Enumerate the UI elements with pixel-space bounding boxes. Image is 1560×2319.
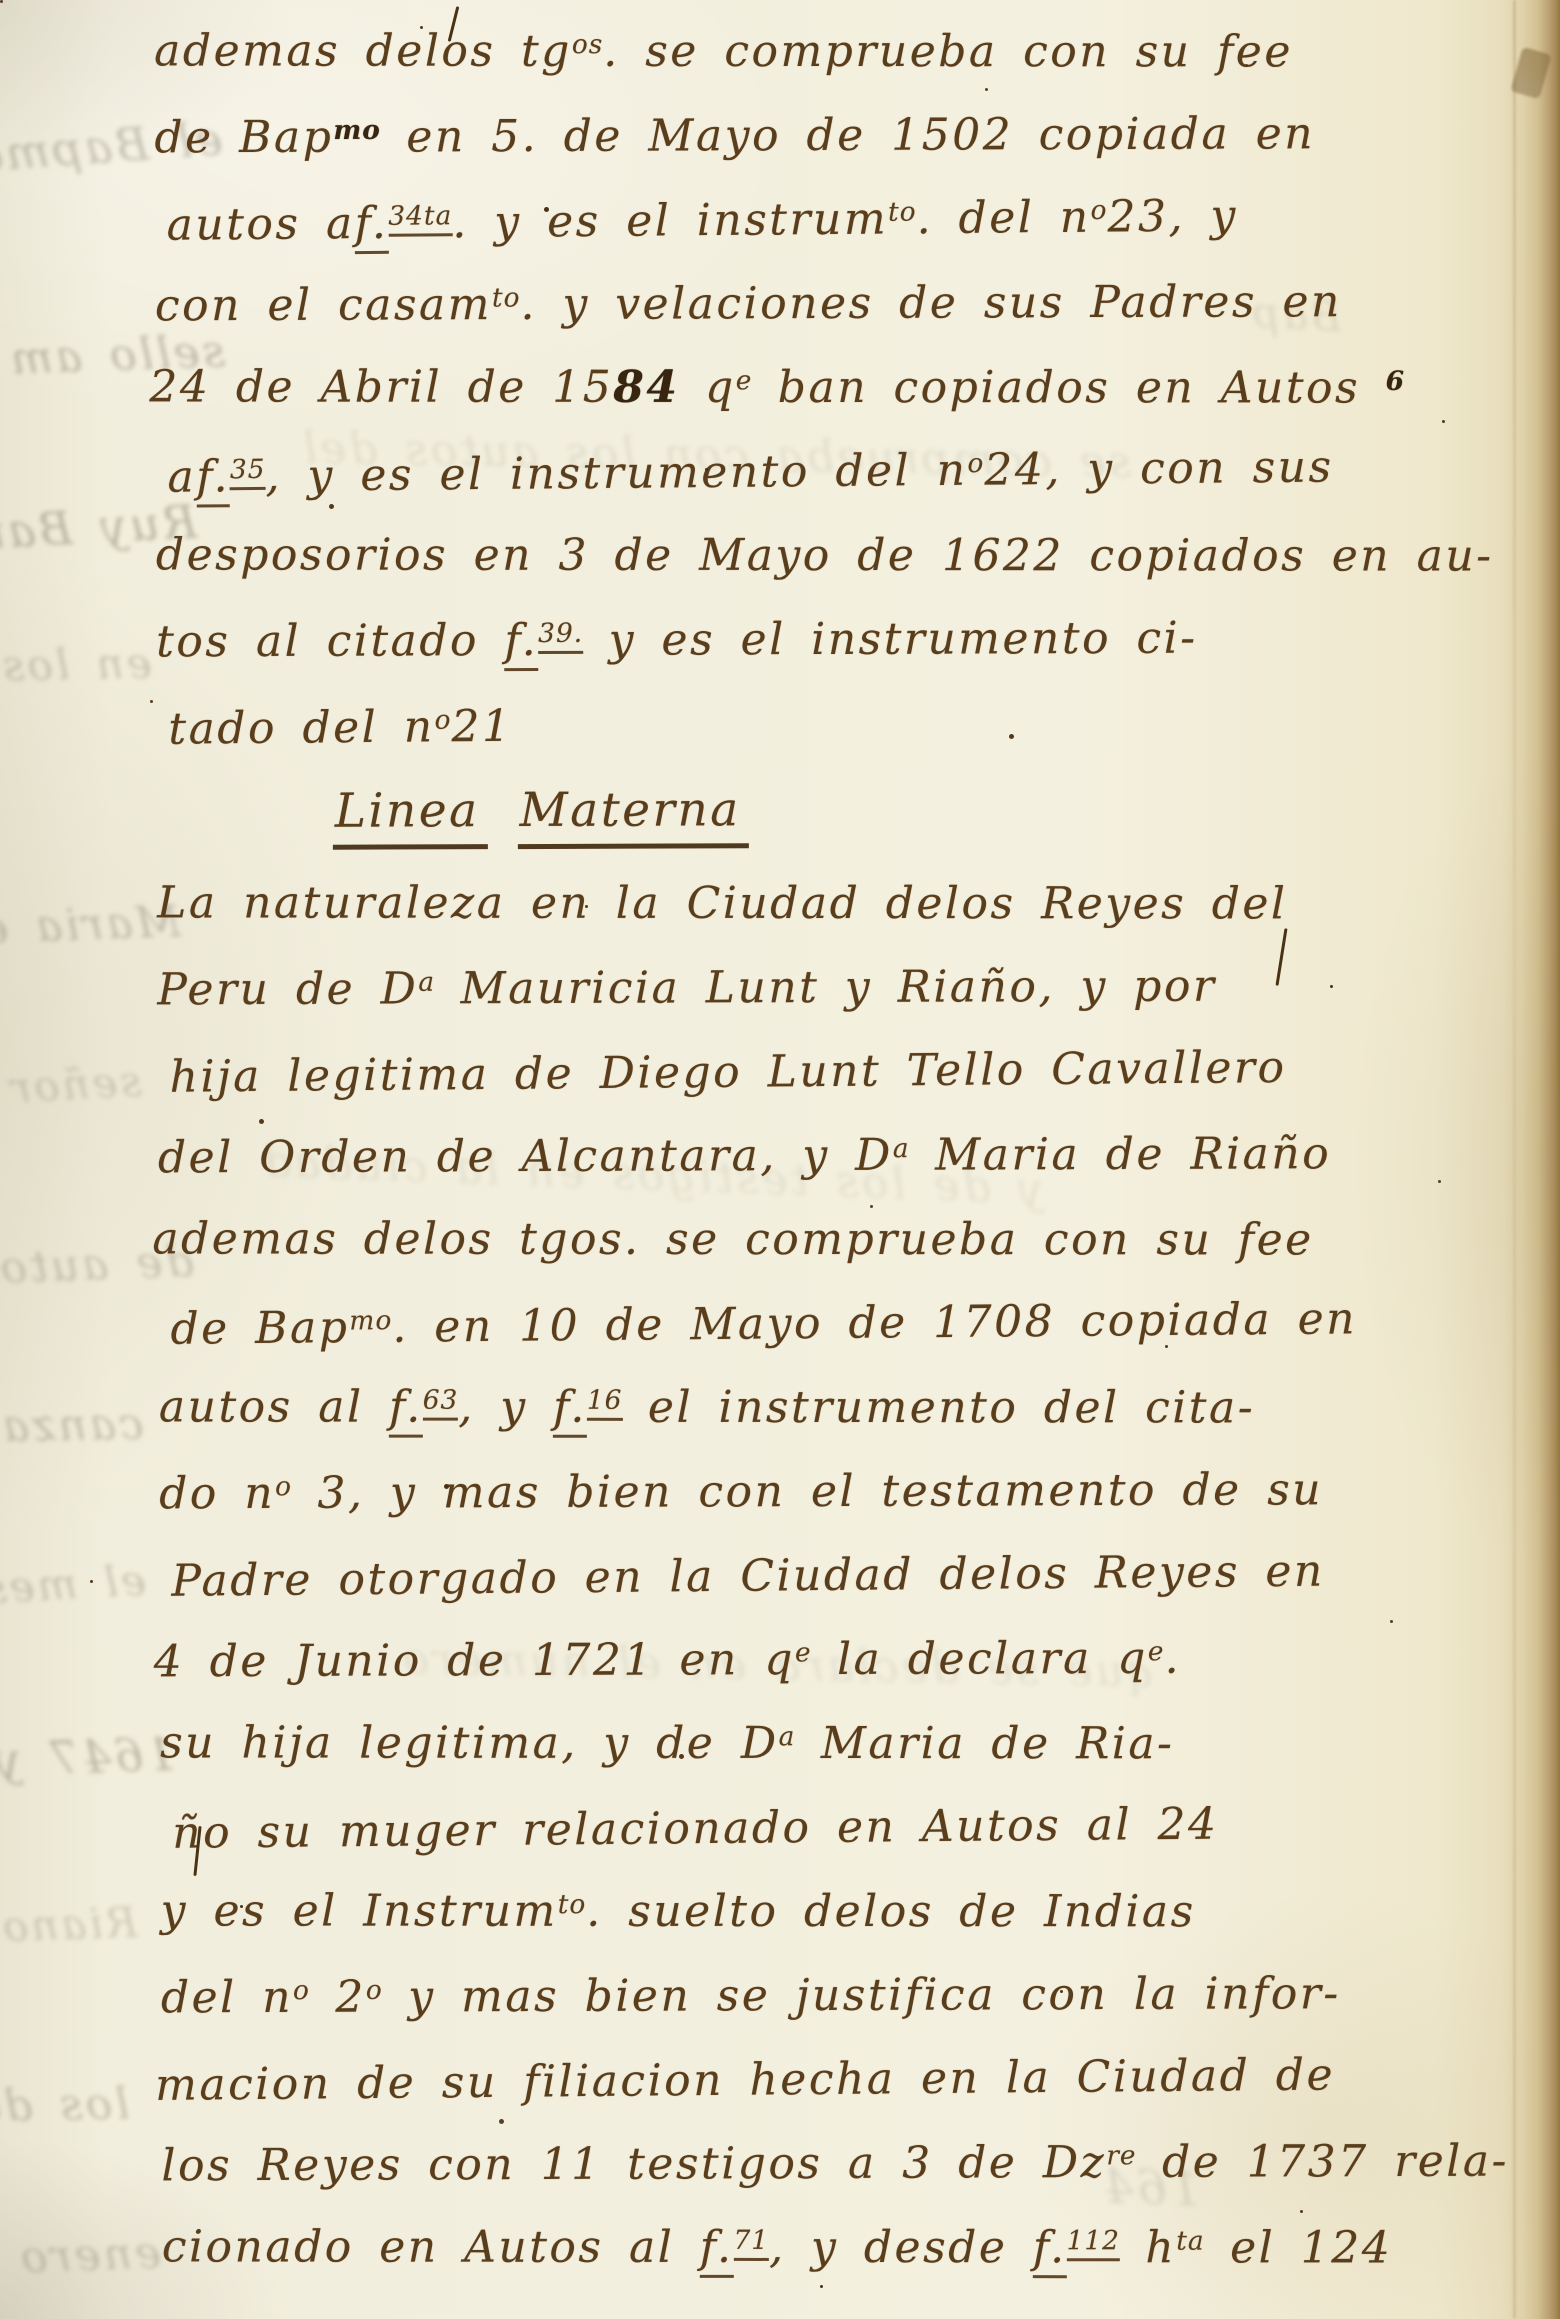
handwritten-text: con el casam	[155, 279, 492, 331]
handwritten-text: Padre otorgado en la Ciudad delos Reyes …	[171, 1546, 1325, 1607]
ghost-bleedthrough-text: señor	[7, 1057, 143, 1113]
ghost-bleedthrough-text: 1647 y	[0, 1727, 177, 1787]
superscript-abbreviation: ta	[1176, 2226, 1204, 2257]
ink-speck-layer	[0, 0, 3, 3]
text-line: ño su muger relacionado en Autos al 24	[172, 1796, 1491, 1891]
text-line: desposorios en 3 de Mayo de 1622 copiado…	[156, 529, 1486, 614]
underlined-folio-ref: f.	[553, 1382, 587, 1438]
handwritten-text: . y velaciones de sus Padres en	[520, 276, 1342, 330]
ghost-bleedthrough-text: el mes	[0, 1556, 147, 1614]
handwritten-text: 71	[733, 2225, 769, 2261]
text-line: af.35, y es el instrumento del no24, y c…	[167, 440, 1486, 535]
handwritten-text: desposorios en 3 de Mayo de 1622 copiado…	[156, 529, 1494, 581]
text-line: tos al citado f.39. y es el instrumento …	[156, 612, 1486, 701]
ghost-bleedthrough-text: Maria el	[0, 896, 182, 955]
text-line: los Reyes con 11 testigos a 3 de Dzre de…	[161, 2136, 1491, 2225]
handwritten-text: 24 de Abril de 15	[149, 361, 613, 412]
text-line: cionado en Autos al f.71, y desde f.112 …	[162, 2221, 1492, 2306]
text-line: de Bapmo. en 10 de Mayo de 1708 copiada …	[170, 1292, 1489, 1387]
manuscript-text: ademas delos tgos. se comprueba con su f…	[154, 24, 1492, 2309]
superscript-abbreviation: o	[967, 448, 984, 479]
handwritten-text: y mas bien se justifica con la infor-	[383, 1968, 1341, 2022]
superscript-abbreviation: e	[1148, 1636, 1165, 1667]
handwritten-text: . suelto delos de Indias	[586, 1886, 1196, 1938]
superscript-abbreviation: a	[418, 967, 435, 998]
text-line: La naturaleza en la Ciudad delos Reyes d…	[157, 877, 1487, 962]
handwritten-text: Mauricia Lunt y Riaño, y por	[435, 961, 1217, 1015]
page-right-edge	[1502, 0, 1560, 2319]
section-heading-linea-materna: LineaMaterna	[157, 780, 1487, 881]
text-line: del Orden de Alcantara, y Da Maria de Ri…	[158, 1128, 1488, 1217]
text-line: 4 de Junio de 1721 en qe la declara qe.	[154, 1632, 1490, 1721]
superscript-abbreviation: os	[572, 29, 603, 60]
superscript-abbreviation: 6	[1386, 366, 1405, 397]
handwritten-text: a	[167, 451, 196, 502]
handwritten-text: 112	[1067, 2226, 1120, 2262]
superscript-abbreviation: o	[1090, 195, 1107, 226]
handwritten-text: macion de su filiacion hecha en la Ciuda…	[155, 2050, 1335, 2111]
manuscript-page: el Bapmosello amRuy Baren losMaria elseñ…	[0, 0, 1560, 2319]
text-line: macion de su filiacion hecha en la Ciuda…	[155, 2048, 1492, 2144]
handwritten-text: tos al citado	[156, 615, 504, 667]
handwritten-text: autos a	[166, 198, 354, 251]
handwritten-text: . en 10 de Mayo de 1708 copiada en	[392, 1293, 1357, 1352]
handwritten-text: de Bap	[170, 1302, 349, 1355]
superscript-abbreviation: o	[275, 1471, 292, 1502]
handwritten-text: q	[680, 362, 736, 413]
ghost-bleedthrough-text: en los	[0, 639, 152, 691]
handwritten-text: en 5. de Mayo de 1502 copiada en	[381, 108, 1315, 162]
superscript-abbreviation: re	[1106, 2140, 1136, 2171]
superscript-abbreviation: o	[293, 1975, 310, 2006]
text-line: tado del no21	[168, 692, 1487, 787]
superscript-abbreviation: to	[558, 1889, 587, 1920]
text-line: do no 3, y mas bien con el testamento de…	[159, 1464, 1489, 1553]
superscript-abbreviation: o	[366, 1975, 383, 2006]
handwritten-text: y es el instrumento ci-	[583, 613, 1198, 666]
underlined-folio-ref: f.	[700, 2222, 734, 2278]
handwritten-text: Maria de Riaño	[910, 1128, 1332, 1180]
handwritten-text: . y es el instrum	[452, 193, 888, 248]
paragraph-paternal-proofs: ademas delos tgos. se comprueba con su f…	[154, 24, 1487, 785]
handwritten-text: , y	[458, 1382, 553, 1433]
heading-word: Linea	[333, 783, 488, 850]
underlined-folio-ref: f.	[354, 198, 388, 254]
handwritten-text: 21	[451, 701, 512, 753]
superscript-abbreviation: to	[492, 282, 521, 313]
underlined-folio-ref: f.	[389, 1382, 423, 1438]
superscript-abbreviation: mo	[333, 115, 381, 146]
handwritten-text: ademas delos tgos. se comprueba con su f…	[152, 1213, 1313, 1265]
handwritten-text: 39.	[538, 618, 583, 654]
superscript-abbreviation: a	[779, 1721, 796, 1752]
handwritten-text: 3, y mas bien con el testamento de su	[292, 1464, 1323, 1519]
text-line: hija legitima de Diego Lunt Tello Cavall…	[169, 1040, 1488, 1135]
handwritten-text: h	[1120, 2222, 1176, 2273]
superscript-abbreviation: to	[888, 197, 917, 228]
ghost-bleedthrough-text: los de	[0, 2079, 130, 2133]
superscript-abbreviation: e	[795, 1637, 812, 1668]
handwritten-text: 23, y	[1107, 190, 1238, 242]
handwritten-text: hija legitima de Diego Lunt Tello Cavall…	[169, 1042, 1286, 1103]
superscript-abbreviation: mo	[349, 1305, 392, 1336]
page-edge-crease	[1513, 0, 1516, 2319]
handwritten-text: 34ta	[388, 201, 452, 238]
handwritten-text: el 124	[1205, 2222, 1393, 2273]
handwritten-text: ño su muger relacionado en Autos al 24	[172, 1799, 1219, 1859]
handwritten-text: de Bap	[154, 112, 333, 164]
handwritten-text: del Orden de Alcantara, y D	[158, 1130, 893, 1184]
text-line: 24 de Abril de 1584 qe ban copiados en A…	[149, 361, 1485, 446]
handwritten-text: 24, y con sus	[984, 442, 1334, 496]
ghost-bleedthrough-text: canza	[0, 1399, 144, 1452]
handwritten-text: y es el Instrum	[161, 1885, 558, 1936]
handwritten-text: 35	[230, 454, 266, 490]
text-line: su hija legitima, y de Da Maria de Ria-	[160, 1717, 1490, 1802]
underlined-folio-ref: f.	[504, 615, 538, 671]
paragraph-maternal-line: La naturaleza en la Ciudad delos Reyes d…	[157, 876, 1492, 2309]
handwritten-text: 16	[587, 1385, 623, 1421]
handwritten-text: Peru de D	[157, 963, 418, 1015]
superscript-abbreviation: e	[736, 365, 753, 396]
handwritten-text: su hija legitima, y de D	[160, 1717, 779, 1769]
handwritten-text: la declara q	[811, 1633, 1148, 1685]
handwritten-text: el instrumento del cita-	[622, 1382, 1255, 1434]
superscript-abbreviation: a	[893, 1133, 910, 1164]
handwritten-text: 84	[613, 362, 679, 413]
ghost-bleedthrough-text: Riano	[0, 1898, 138, 1952]
text-line: ademas delos tgos. se comprueba con su f…	[154, 25, 1484, 110]
handwritten-text: 4 de Junio de 1721 en q	[154, 1634, 795, 1687]
handwritten-text: La naturaleza en la Ciudad delos Reyes d…	[157, 877, 1287, 929]
text-line: del no 2o y mas bien se justifica con la…	[161, 1968, 1491, 2057]
handwritten-text: autos al	[159, 1381, 389, 1432]
underlined-folio-ref: f.	[1033, 2222, 1067, 2278]
handwritten-text: , y es el instrumento del n	[265, 445, 967, 502]
handwritten-text: ademas delos tg	[154, 25, 572, 76]
handwritten-text: de 1737 rela-	[1136, 2136, 1509, 2188]
page-fold-mark	[1510, 47, 1552, 99]
text-line: autos al f.63, y f.16 el instrumento del…	[159, 1381, 1489, 1466]
handwritten-text: ban copiados en Autos	[752, 362, 1385, 414]
handwritten-text: . del n	[916, 192, 1091, 245]
handwritten-text: del n	[161, 1972, 293, 2023]
handwritten-text: . se comprueba con su fee	[603, 26, 1293, 78]
handwritten-text: .	[1164, 1633, 1181, 1684]
ghost-bleedthrough-text: enero	[17, 2228, 162, 2284]
handwritten-text: 2	[310, 1972, 366, 2023]
handwritten-text: cionado en Autos al	[162, 2221, 700, 2272]
text-line: Peru de Da Mauricia Lunt y Riaño, y por	[157, 960, 1487, 1049]
underlined-folio-ref: f.	[196, 451, 230, 507]
text-line: y es el Instrumto. suelto delos de India…	[161, 1885, 1491, 1970]
text-line: ademas delos tgos. se comprueba con su f…	[152, 1213, 1488, 1298]
handwritten-text: Maria de Ria-	[795, 1718, 1174, 1769]
handwritten-text: 63	[423, 1385, 459, 1421]
handwritten-text: do n	[159, 1468, 275, 1519]
text-line: de Bapmo en 5. de Mayo de 1502 copiada e…	[154, 108, 1484, 197]
text-line: Padre otorgado en la Ciudad delos Reyes …	[171, 1544, 1490, 1639]
text-line: autos af.34ta. y es el instrumto. del no…	[166, 188, 1485, 283]
superscript-abbreviation: o	[434, 705, 451, 736]
handwritten-text: los Reyes con 11 testigos a 3 de Dz	[161, 2137, 1106, 2191]
handwritten-text: tado del n	[168, 701, 435, 754]
handwritten-text: , y desde	[769, 2222, 1033, 2273]
text-line: con el casamto. y velaciones de sus Padr…	[155, 276, 1485, 365]
heading-word: Materna	[518, 782, 749, 849]
